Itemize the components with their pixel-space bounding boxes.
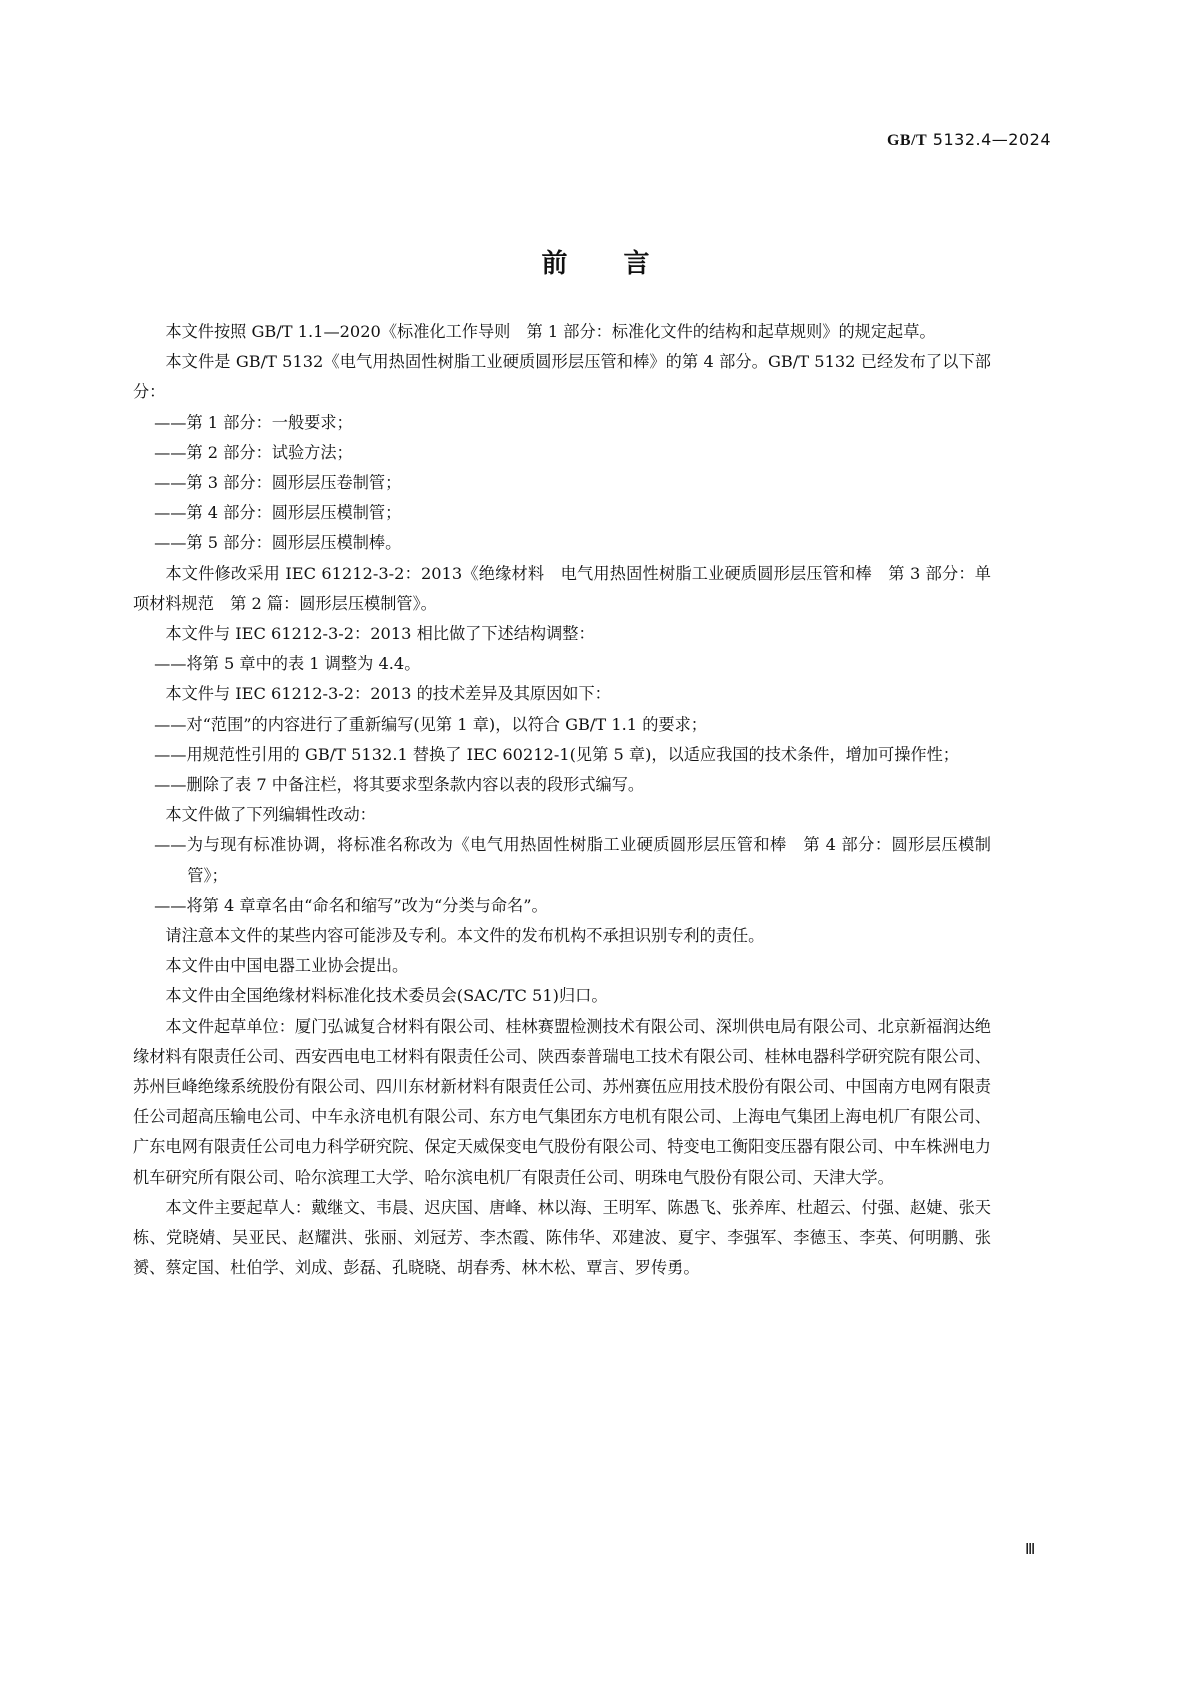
paragraph-structural-changes: 本文件与 IEC 61212-3-2：2013 相比做了下述结构调整： — [133, 619, 991, 649]
list-item-technical-diff-1: ——对“范围”的内容进行了重新编写(见第 1 章)，以符合 GB/T 1.1 的… — [133, 710, 991, 740]
standard-prefix: GB/T — [887, 132, 927, 149]
standard-code: GB/T 5132.4—2024 — [887, 130, 1051, 150]
list-item-technical-diff-3: ——删除了表 7 中备注栏，将其要求型条款内容以表的段形式编写。 — [133, 770, 991, 800]
paragraph-series-intro: 本文件是 GB/T 5132《电气用热固性树脂工业硬质圆形层压管和棒》的第 4 … — [133, 347, 991, 407]
list-item-structural-change: ——将第 5 章中的表 1 调整为 4.4。 — [133, 649, 991, 679]
list-item-part-3: ——第 3 部分：圆形层压卷制管； — [133, 468, 991, 498]
paragraph-editorial-changes: 本文件做了下列编辑性改动： — [133, 800, 991, 830]
list-item-part-4: ——第 4 部分：圆形层压模制管； — [133, 498, 991, 528]
paragraph-administrator: 本文件由全国绝缘材料标准化技术委员会(SAC/TC 51)归口。 — [133, 981, 991, 1011]
page-title: 前言 — [0, 243, 1191, 280]
preface-content: 本文件按照 GB/T 1.1—2020《标准化工作导则 第 1 部分：标准化文件… — [133, 317, 991, 1284]
paragraph-proposer: 本文件由中国电器工业协会提出。 — [133, 951, 991, 981]
list-item-editorial-2: ——将第 4 章章名由“命名和缩写”改为“分类与命名”。 — [133, 891, 991, 921]
paragraph-technical-differences: 本文件与 IEC 61212-3-2：2013 的技术差异及其原因如下： — [133, 679, 991, 709]
paragraph-drafters: 本文件主要起草人：戴继文、韦晨、迟庆国、唐峰、林以海、王明军、陈愚飞、张养库、杜… — [133, 1193, 991, 1284]
list-item-technical-diff-2: ——用规范性引用的 GB/T 5132.1 替换了 IEC 60212-1(见第… — [133, 740, 991, 770]
paragraph-patent-notice: 请注意本文件的某些内容可能涉及专利。本文件的发布机构不承担识别专利的责任。 — [133, 921, 991, 951]
list-item-part-2: ——第 2 部分：试验方法； — [133, 438, 991, 468]
standard-number: 5132.4—2024 — [933, 130, 1051, 149]
paragraph-drafting-units: 本文件起草单位：厦门弘诚复合材料有限公司、桂林赛盟检测技术有限公司、深圳供电局有… — [133, 1012, 991, 1193]
list-item-part-1: ——第 1 部分：一般要求； — [133, 408, 991, 438]
paragraph-adoption: 本文件修改采用 IEC 61212-3-2：2013《绝缘材料 电气用热固性树脂… — [133, 559, 991, 619]
paragraph-drafting-rules: 本文件按照 GB/T 1.1—2020《标准化工作导则 第 1 部分：标准化文件… — [133, 317, 991, 347]
list-item-editorial-1: ——为与现有标准协调，将标准名称改为《电气用热固性树脂工业硬质圆形层压管和棒 第… — [133, 830, 991, 890]
page-number: Ⅲ — [1025, 1540, 1035, 1559]
list-item-part-5: ——第 5 部分：圆形层压模制棒。 — [133, 528, 991, 558]
